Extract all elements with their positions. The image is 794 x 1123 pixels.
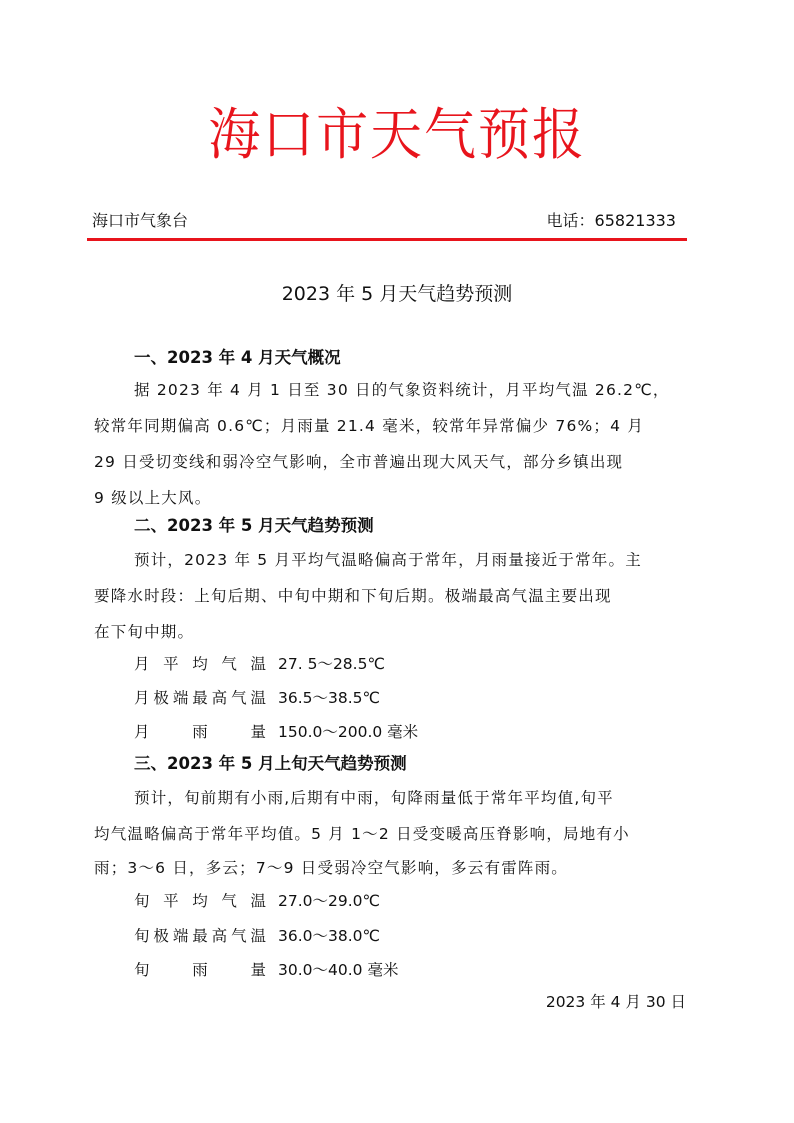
stat-row: 月雨量150.0～200.0 毫米 xyxy=(134,720,418,744)
stat-label: 旬雨量 xyxy=(134,958,266,982)
issue-date: 2023 年 4 月 30 日 xyxy=(546,990,686,1014)
section-2-paragraph-line: 在下旬中期。 xyxy=(94,620,688,644)
section-2-paragraph-line: 预计，2023 年 5 月平均气温略偏高于常年，月雨量接近于常年。主 xyxy=(134,548,688,572)
stat-value: 27.0～29.0℃ xyxy=(278,889,380,913)
issuer-row: 海口市气象台 电话：65821333 xyxy=(92,208,684,234)
stat-value: 36.0～38.0℃ xyxy=(278,924,380,948)
section-2-paragraph-line: 要降水时段：上旬后期、中旬中期和下旬后期。极端最高气温主要出现 xyxy=(94,584,688,608)
stat-label: 月极端最高气温 xyxy=(134,686,266,710)
section-3-heading: 三、2023 年 5 月上旬天气趋势预测 xyxy=(134,752,407,776)
section-1-paragraph-line: 较常年同期偏高 0.6℃；月雨量 21.4 毫米，较常年异常偏少 76%；4 月 xyxy=(94,414,688,438)
forecast-document-page: 海口市天气预报 海口市气象台 电话：65821333 2023 年 5 月天气趋… xyxy=(0,0,794,1123)
stat-value: 150.0～200.0 毫米 xyxy=(278,720,418,744)
stat-row: 月平均气温27. 5～28.5℃ xyxy=(134,652,385,676)
header-divider xyxy=(87,238,687,241)
stat-label: 旬极端最高气温 xyxy=(134,924,266,948)
section-2-heading: 二、2023 年 5 月天气趋势预测 xyxy=(134,514,374,538)
document-title: 2023 年 5 月天气趋势预测 xyxy=(0,280,794,308)
stat-row: 旬极端最高气温36.0～38.0℃ xyxy=(134,924,380,948)
stat-row: 旬雨量30.0～40.0 毫米 xyxy=(134,958,398,982)
stat-value: 27. 5～28.5℃ xyxy=(278,652,385,676)
stat-value: 36.5～38.5℃ xyxy=(278,686,380,710)
section-3-paragraph-line: 均气温略偏高于常年平均值。5 月 1～2 日受变暖高压脊影响，局地有小 xyxy=(94,822,688,846)
section-1-paragraph-line: 9 级以上大风。 xyxy=(94,486,688,510)
section-1-paragraph-line: 29 日受切变线和弱冷空气影响，全市普遍出现大风天气，部分乡镇出现 xyxy=(94,450,688,474)
section-3-paragraph-line: 雨；3～6 日，多云；7～9 日受弱冷空气影响，多云有雷阵雨。 xyxy=(94,856,688,880)
stat-value: 30.0～40.0 毫米 xyxy=(278,958,398,982)
stat-label: 月雨量 xyxy=(134,720,266,744)
section-3-paragraph-line: 预计，旬前期有小雨,后期有中雨，旬降雨量低于常年平均值,旬平 xyxy=(134,786,688,810)
issuer-name: 海口市气象台 xyxy=(92,208,188,234)
stat-label: 月平均气温 xyxy=(134,652,266,676)
stat-row: 月极端最高气温36.5～38.5℃ xyxy=(134,686,380,710)
stat-row: 旬平均气温27.0～29.0℃ xyxy=(134,889,380,913)
section-1-paragraph-line: 据 2023 年 4 月 1 日至 30 日的气象资料统计，月平均气温 26.2… xyxy=(134,378,688,402)
issuer-phone: 电话：65821333 xyxy=(547,208,676,234)
stat-label: 旬平均气温 xyxy=(134,889,266,913)
masthead-title: 海口市天气预报 xyxy=(28,100,766,172)
section-1-heading: 一、2023 年 4 月天气概况 xyxy=(134,346,341,370)
